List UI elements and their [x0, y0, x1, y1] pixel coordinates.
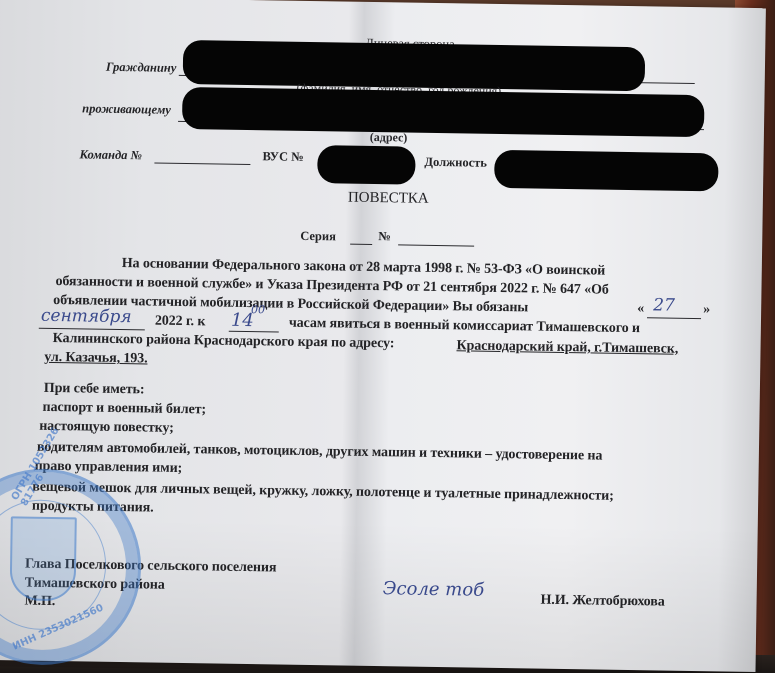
handwritten-minutes: 00: [251, 303, 265, 316]
body-line-4-year: 2022 г. к: [155, 314, 206, 331]
coat-of-arms-icon: [10, 516, 77, 601]
summons-document: Лицевая сторона Гражданину (фамилия, имя…: [0, 0, 766, 672]
signatory-name: Н.И. Желтобрюхова: [540, 593, 664, 611]
handwritten-month: сентября: [41, 306, 132, 327]
citizen-label: Гражданину: [106, 60, 177, 76]
hour-line: [229, 331, 279, 333]
body-line-4-rest: часам явиться в военный комиссариат Тима…: [289, 316, 640, 338]
bring-heading: При себе иметь:: [44, 381, 145, 399]
residence-caption: (адрес): [370, 130, 408, 146]
series-line: [350, 244, 372, 245]
quote-open: «: [637, 301, 644, 317]
vus-label: ВУС №: [262, 149, 303, 165]
position-label: Должность: [424, 155, 487, 171]
handwritten-day: 27: [653, 295, 675, 315]
day-line: [647, 317, 701, 319]
redacted-position: [494, 150, 719, 192]
redacted-vus-number: [317, 145, 416, 185]
body-line-5: Калининского района Краснодарского края …: [52, 331, 394, 352]
series-label: Серия: [300, 229, 336, 245]
redacted-residence-address: [182, 87, 705, 137]
assembly-address-line-1: Краснодарский край, г.Тимашевск,: [456, 338, 678, 357]
assembly-address-line-2: ул. Казачья, 193.: [44, 350, 147, 368]
quote-close: »: [703, 302, 710, 318]
team-label: Команда №: [79, 147, 142, 163]
number-line: [398, 244, 474, 246]
number-label: №: [378, 229, 391, 244]
document-title: ПОВЕСТКА: [348, 190, 429, 208]
handwritten-signature: Эсоле тоб: [383, 578, 485, 601]
team-number-line: [154, 163, 250, 166]
residence-label: проживающему: [82, 101, 171, 117]
